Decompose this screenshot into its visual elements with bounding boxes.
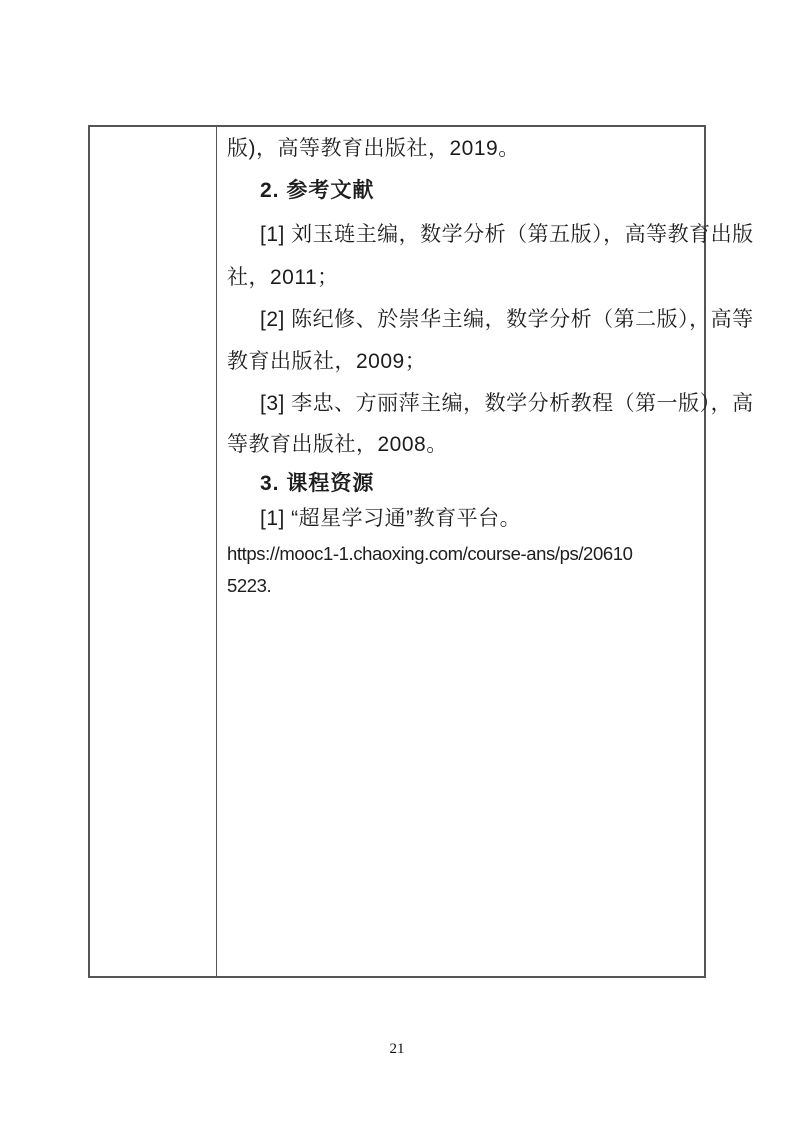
resource-url-line-1: https://mooc1-1.chaoxing.com/course-ans/…	[227, 542, 633, 566]
reference-2-line-2: 教育出版社，2009；	[227, 350, 426, 374]
document-page: 版)，高等教育出版社，2019。 2. 参考文献 [1] 刘玉琏主编，数学分析（…	[0, 0, 794, 1123]
content-table: 版)，高等教育出版社，2019。 2. 参考文献 [1] 刘玉琏主编，数学分析（…	[88, 125, 706, 978]
heading-course-resources: 3. 课程资源	[260, 472, 374, 496]
resource-url-line-2: 5223.	[227, 574, 271, 598]
page-number: 21	[0, 1041, 794, 1058]
reference-1-line-2: 社，2011；	[227, 266, 339, 290]
resource-platform-line: [1] “超星学习通”教育平台。	[260, 507, 521, 531]
textbook-continuation-line: 版)，高等教育出版社，2019。	[227, 137, 520, 161]
reference-2-line-1: [2] 陈纪修、於崇华主编，数学分析（第二版），高等	[260, 308, 754, 332]
table-left-cell	[90, 127, 217, 976]
reference-3-line-1: [3] 李忠、方丽萍主编，数学分析教程（第一版），高	[260, 392, 754, 416]
reference-3-line-2: 等教育出版社，2008。	[227, 433, 448, 457]
heading-references: 2. 参考文献	[260, 179, 374, 203]
reference-1-line-1: [1] 刘玉琏主编，数学分析（第五版），高等教育出版	[260, 223, 754, 247]
